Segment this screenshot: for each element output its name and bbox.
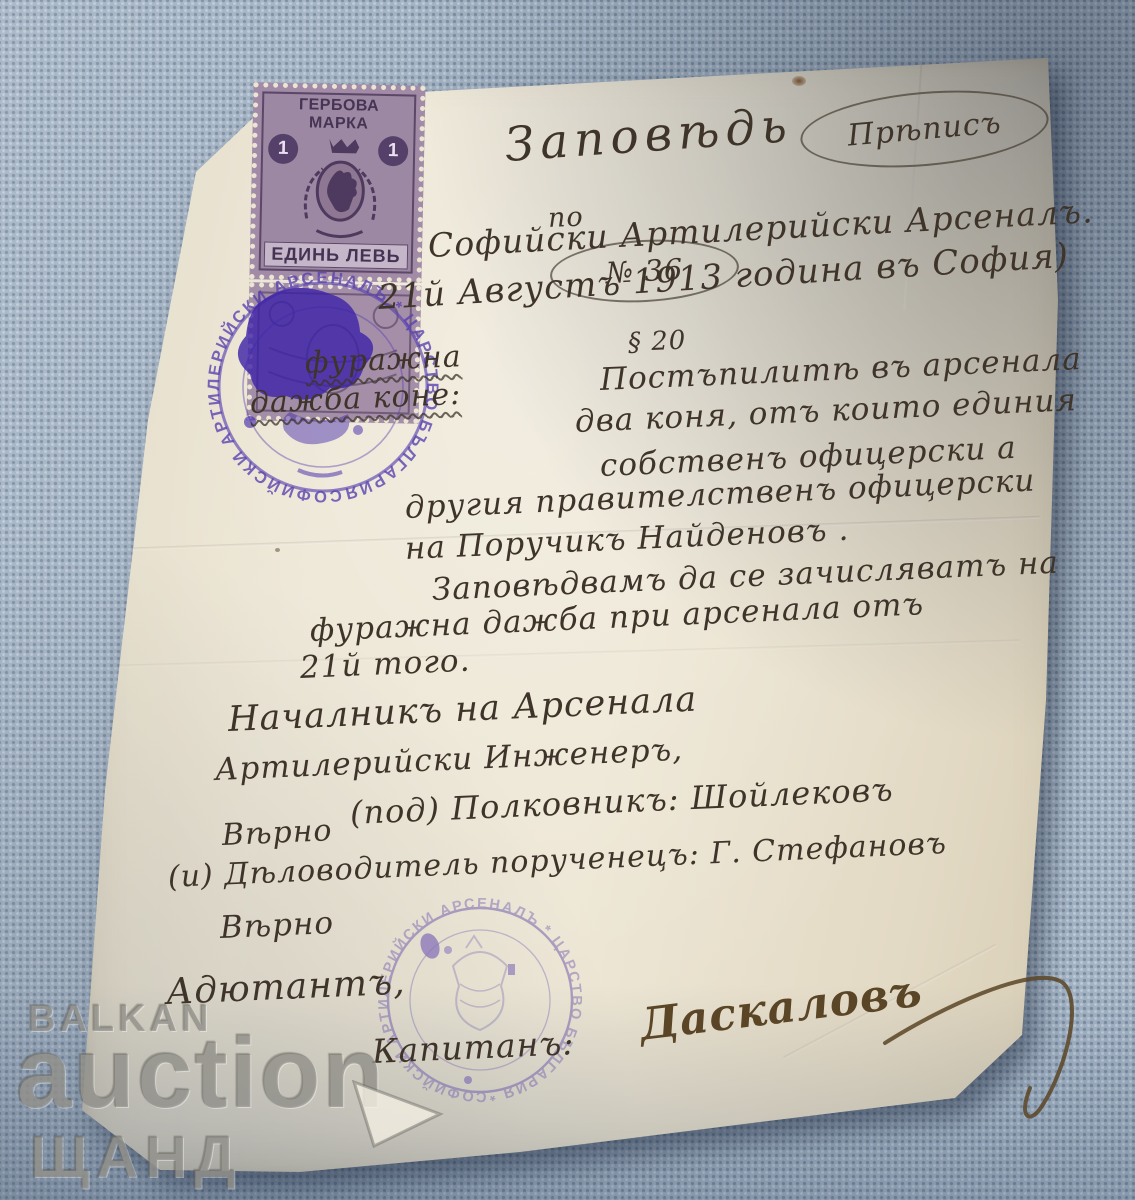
margin-note-line1: фуражна xyxy=(304,339,462,381)
watermark-brand-bottom: ЩАНД xyxy=(30,1124,242,1191)
verified-note: Вѣрно xyxy=(221,813,333,853)
revenue-stamp-header: ГЕРБОВА МАРКА xyxy=(267,96,412,135)
revenue-stamp-upper: ГЕРБОВА МАРКА 1 1 xyxy=(249,82,425,283)
autograph-flourish xyxy=(880,948,1100,1138)
seal-crest-icon xyxy=(453,936,507,1030)
watermark-brand-main: auction xyxy=(16,1016,386,1131)
verified-note: Вѣрно xyxy=(219,905,335,946)
watermark-arrow-icon xyxy=(348,1080,448,1152)
photo-of-document: ГЕРБОВА МАРКА 1 1 xyxy=(0,0,1135,1200)
body-line: 21й того. xyxy=(299,643,471,686)
copy-label: Прѣписъ xyxy=(846,105,1003,153)
section-mark: § 20 xyxy=(627,325,687,358)
